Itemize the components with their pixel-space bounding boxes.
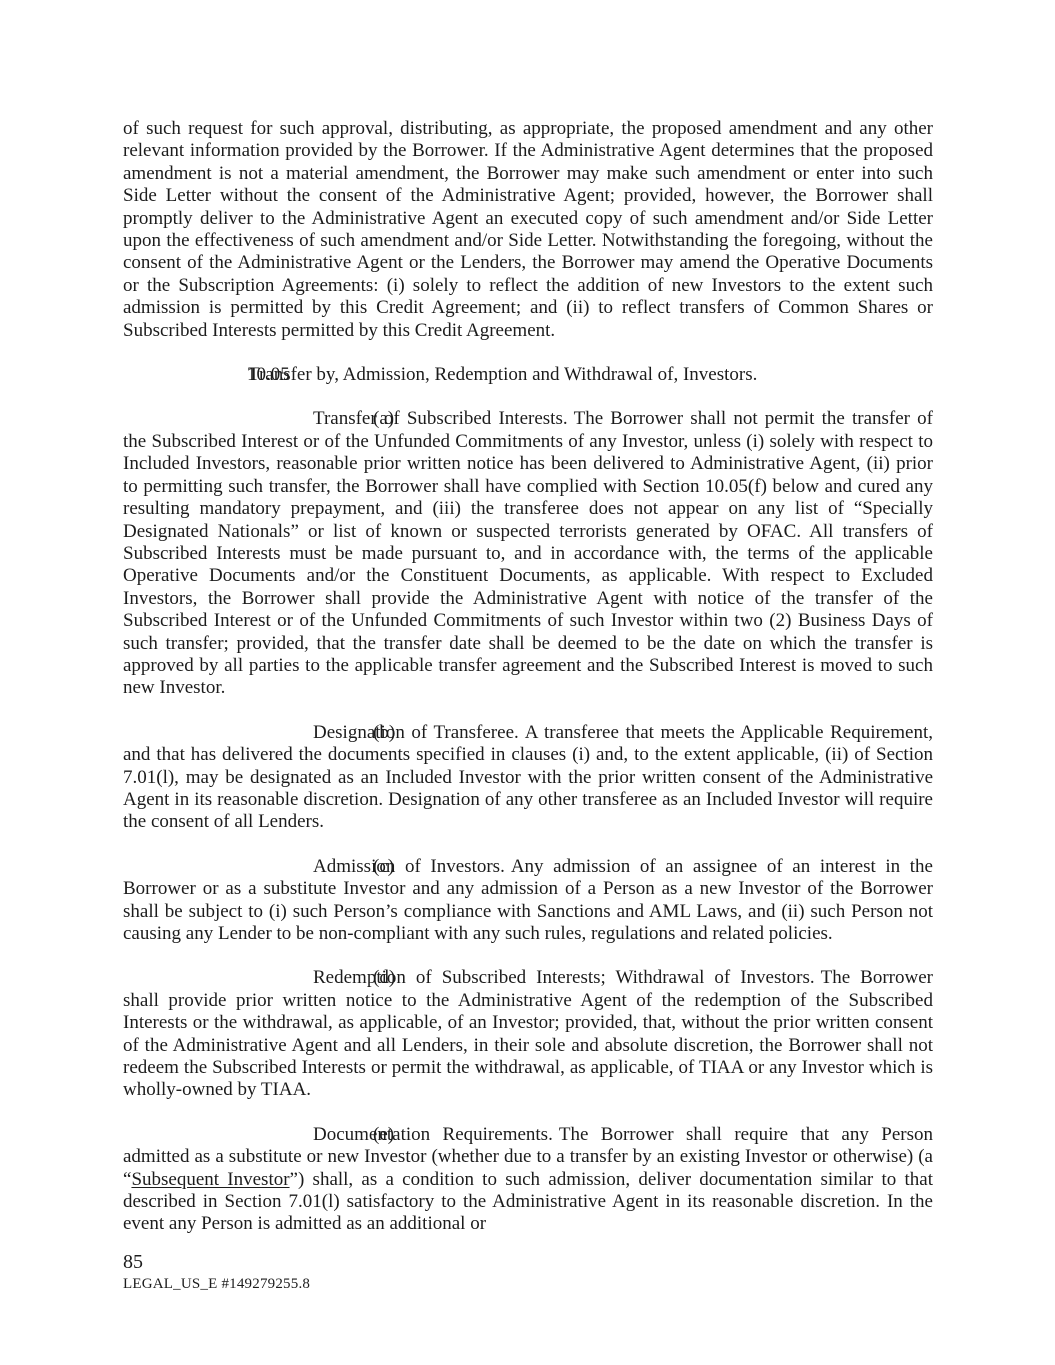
section-heading: 10.05Transfer by, Admission, Redemption … xyxy=(123,364,933,386)
document-page: of such request for such approval, distr… xyxy=(0,0,1055,1365)
paragraph-a-body: The Borrower shall not permit the transf… xyxy=(123,408,933,698)
paragraph-b-heading: Designation of Transferee. xyxy=(313,722,519,743)
paragraph-a-heading: Transfer of Subscribed Interests. xyxy=(313,408,568,429)
paragraph-a: (a)Transfer of Subscribed Interests.The … xyxy=(123,408,933,699)
paragraph-b: (b)Designation of Transferee.A transfere… xyxy=(123,722,933,834)
paragraph-e: (e)Documentation Requirements.The Borrow… xyxy=(123,1124,933,1236)
paragraph-e-heading: Documentation Requirements. xyxy=(313,1124,553,1145)
page-number: 85 xyxy=(123,1249,310,1275)
document-reference: LEGAL_US_E #149279255.8 xyxy=(123,1275,310,1294)
paragraph-c-heading: Admission of Investors. xyxy=(313,856,505,877)
paragraph-b-label: (b) xyxy=(248,722,313,744)
paragraph-d-heading: Redemption of Subscribed Interests; With… xyxy=(313,967,815,988)
paragraph-e-label: (e) xyxy=(248,1124,313,1146)
paragraph-c-label: (c) xyxy=(248,856,313,878)
document-body: of such request for such approval, distr… xyxy=(123,0,933,1258)
paragraph-b-body: A transferee that meets the Applicable R… xyxy=(123,722,933,833)
paragraph-a-label: (a) xyxy=(248,408,313,430)
page-footer: 85 LEGAL_US_E #149279255.8 xyxy=(123,1249,310,1294)
section-number: 10.05 xyxy=(185,364,248,386)
paragraph-c-body: Any admission of an assignee of an inter… xyxy=(123,856,933,944)
paragraph-d-label: (d) xyxy=(248,967,313,989)
defined-term-subsequent-investor: Subsequent Investor xyxy=(131,1169,289,1190)
paragraph-c: (c)Admission of Investors.Any admission … xyxy=(123,856,933,946)
paragraph-d: (d)Redemption of Subscribed Interests; W… xyxy=(123,967,933,1101)
intro-paragraph: of such request for such approval, distr… xyxy=(123,118,933,342)
section-title: Transfer by, Admission, Redemption and W… xyxy=(248,364,757,385)
